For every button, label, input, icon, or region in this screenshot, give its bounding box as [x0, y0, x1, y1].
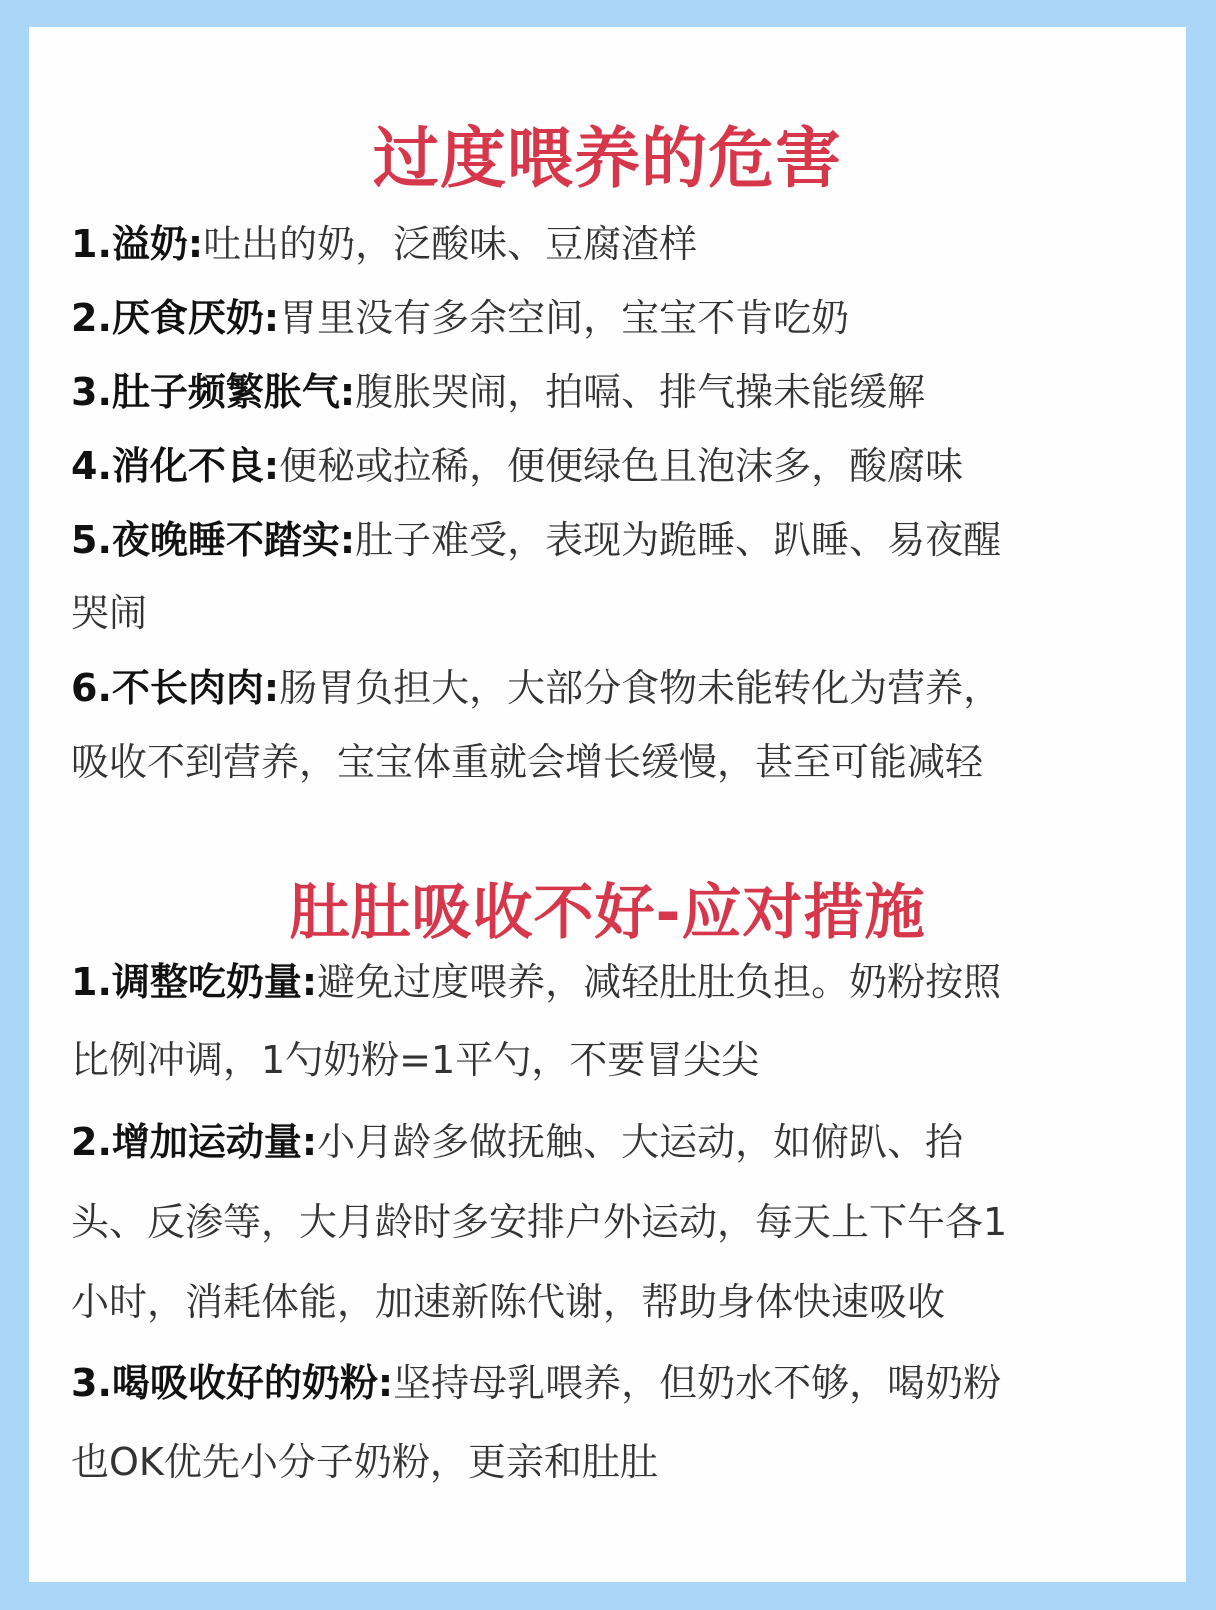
- item-lead: 3.肚子频繁胀气:: [71, 370, 355, 414]
- item-text: 吐出的奶，泛酸味、豆腐渣样: [203, 222, 697, 266]
- item-text: 头、反渗等，大月龄时多安排户外运动，每天上下午各1: [71, 1200, 1007, 1244]
- item-text: 肚子难受，表现为跪睡、趴睡、易夜醒: [355, 518, 1001, 562]
- item-lead: 1.溢奶:: [71, 222, 203, 266]
- list-item: 2.厌食厌奶:胃里没有多余空间，宝宝不肯吃奶: [71, 293, 849, 343]
- list-item: 5.夜晚睡不踏实:肚子难受，表现为跪睡、趴睡、易夜醒: [71, 515, 1001, 565]
- item-text: 便秘或拉稀，便便绿色且泡沫多，酸腐味: [279, 444, 963, 488]
- list-item-continuation: 头、反渗等，大月龄时多安排户外运动，每天上下午各1: [71, 1197, 1007, 1247]
- list-item-continuation: 比例冲调，1勺奶粉=1平勺，不要冒尖尖: [71, 1035, 759, 1085]
- list-item: 1.调整吃奶量:避免过度喂养，减轻肚肚负担。奶粉按照: [71, 957, 1001, 1007]
- item-text: 胃里没有多余空间，宝宝不肯吃奶: [279, 296, 849, 340]
- item-text: 比例冲调，1勺奶粉=1平勺，不要冒尖尖: [71, 1038, 759, 1082]
- item-text: 吸收不到营养，宝宝体重就会增长缓慢，甚至可能减轻: [71, 740, 983, 784]
- item-text: 坚持母乳喂养，但奶水不够，喝奶粉: [393, 1361, 1001, 1405]
- list-item: 3.肚子频繁胀气:腹胀哭闹，拍嗝、排气操未能缓解: [71, 367, 925, 417]
- section2-title: 肚肚吸收不好-应对措施: [29, 875, 1186, 951]
- item-text: 哭闹: [71, 591, 147, 635]
- item-text: 小月龄多做抚触、大运动，如俯趴、抬: [317, 1120, 963, 1164]
- list-item: 1.溢奶:吐出的奶，泛酸味、豆腐渣样: [71, 219, 697, 269]
- list-item-continuation: 吸收不到营养，宝宝体重就会增长缓慢，甚至可能减轻: [71, 737, 983, 787]
- item-text: 小时，消耗体能，加速新陈代谢，帮助身体快速吸收: [71, 1280, 945, 1324]
- list-item-continuation: 小时，消耗体能，加速新陈代谢，帮助身体快速吸收: [71, 1277, 945, 1327]
- list-item-continuation: 哭闹: [71, 588, 147, 638]
- item-text: 肠胃负担大，大部分食物未能转化为营养，: [279, 666, 1001, 710]
- item-lead: 2.厌食厌奶:: [71, 296, 279, 340]
- item-lead: 3.喝吸收好的奶粉:: [71, 1361, 393, 1405]
- item-text: 腹胀哭闹，拍嗝、排气操未能缓解: [355, 370, 925, 414]
- item-lead: 2.增加运动量:: [71, 1120, 317, 1164]
- item-lead: 4.消化不良:: [71, 444, 279, 488]
- list-item: 6.不长肉肉:肠胃负担大，大部分食物未能转化为营养，: [71, 663, 1001, 713]
- list-item: 2.增加运动量:小月龄多做抚触、大运动，如俯趴、抬: [71, 1117, 963, 1167]
- item-lead: 1.调整吃奶量:: [71, 960, 317, 1004]
- item-text: 也OK优先小分子奶粉，更亲和肚肚: [71, 1440, 658, 1484]
- list-item: 4.消化不良:便秘或拉稀，便便绿色且泡沫多，酸腐味: [71, 441, 963, 491]
- item-lead: 6.不长肉肉:: [71, 666, 279, 710]
- list-item-continuation: 也OK优先小分子奶粉，更亲和肚肚: [71, 1437, 658, 1487]
- list-item: 3.喝吸收好的奶粉:坚持母乳喂养，但奶水不够，喝奶粉: [71, 1358, 1001, 1408]
- item-text: 避免过度喂养，减轻肚肚负担。奶粉按照: [317, 960, 1001, 1004]
- item-lead: 5.夜晚睡不踏实:: [71, 518, 355, 562]
- content-panel: 过度喂养的危害 1.溢奶:吐出的奶，泛酸味、豆腐渣样 2.厌食厌奶:胃里没有多余…: [29, 27, 1186, 1582]
- section1-title: 过度喂养的危害: [29, 119, 1186, 199]
